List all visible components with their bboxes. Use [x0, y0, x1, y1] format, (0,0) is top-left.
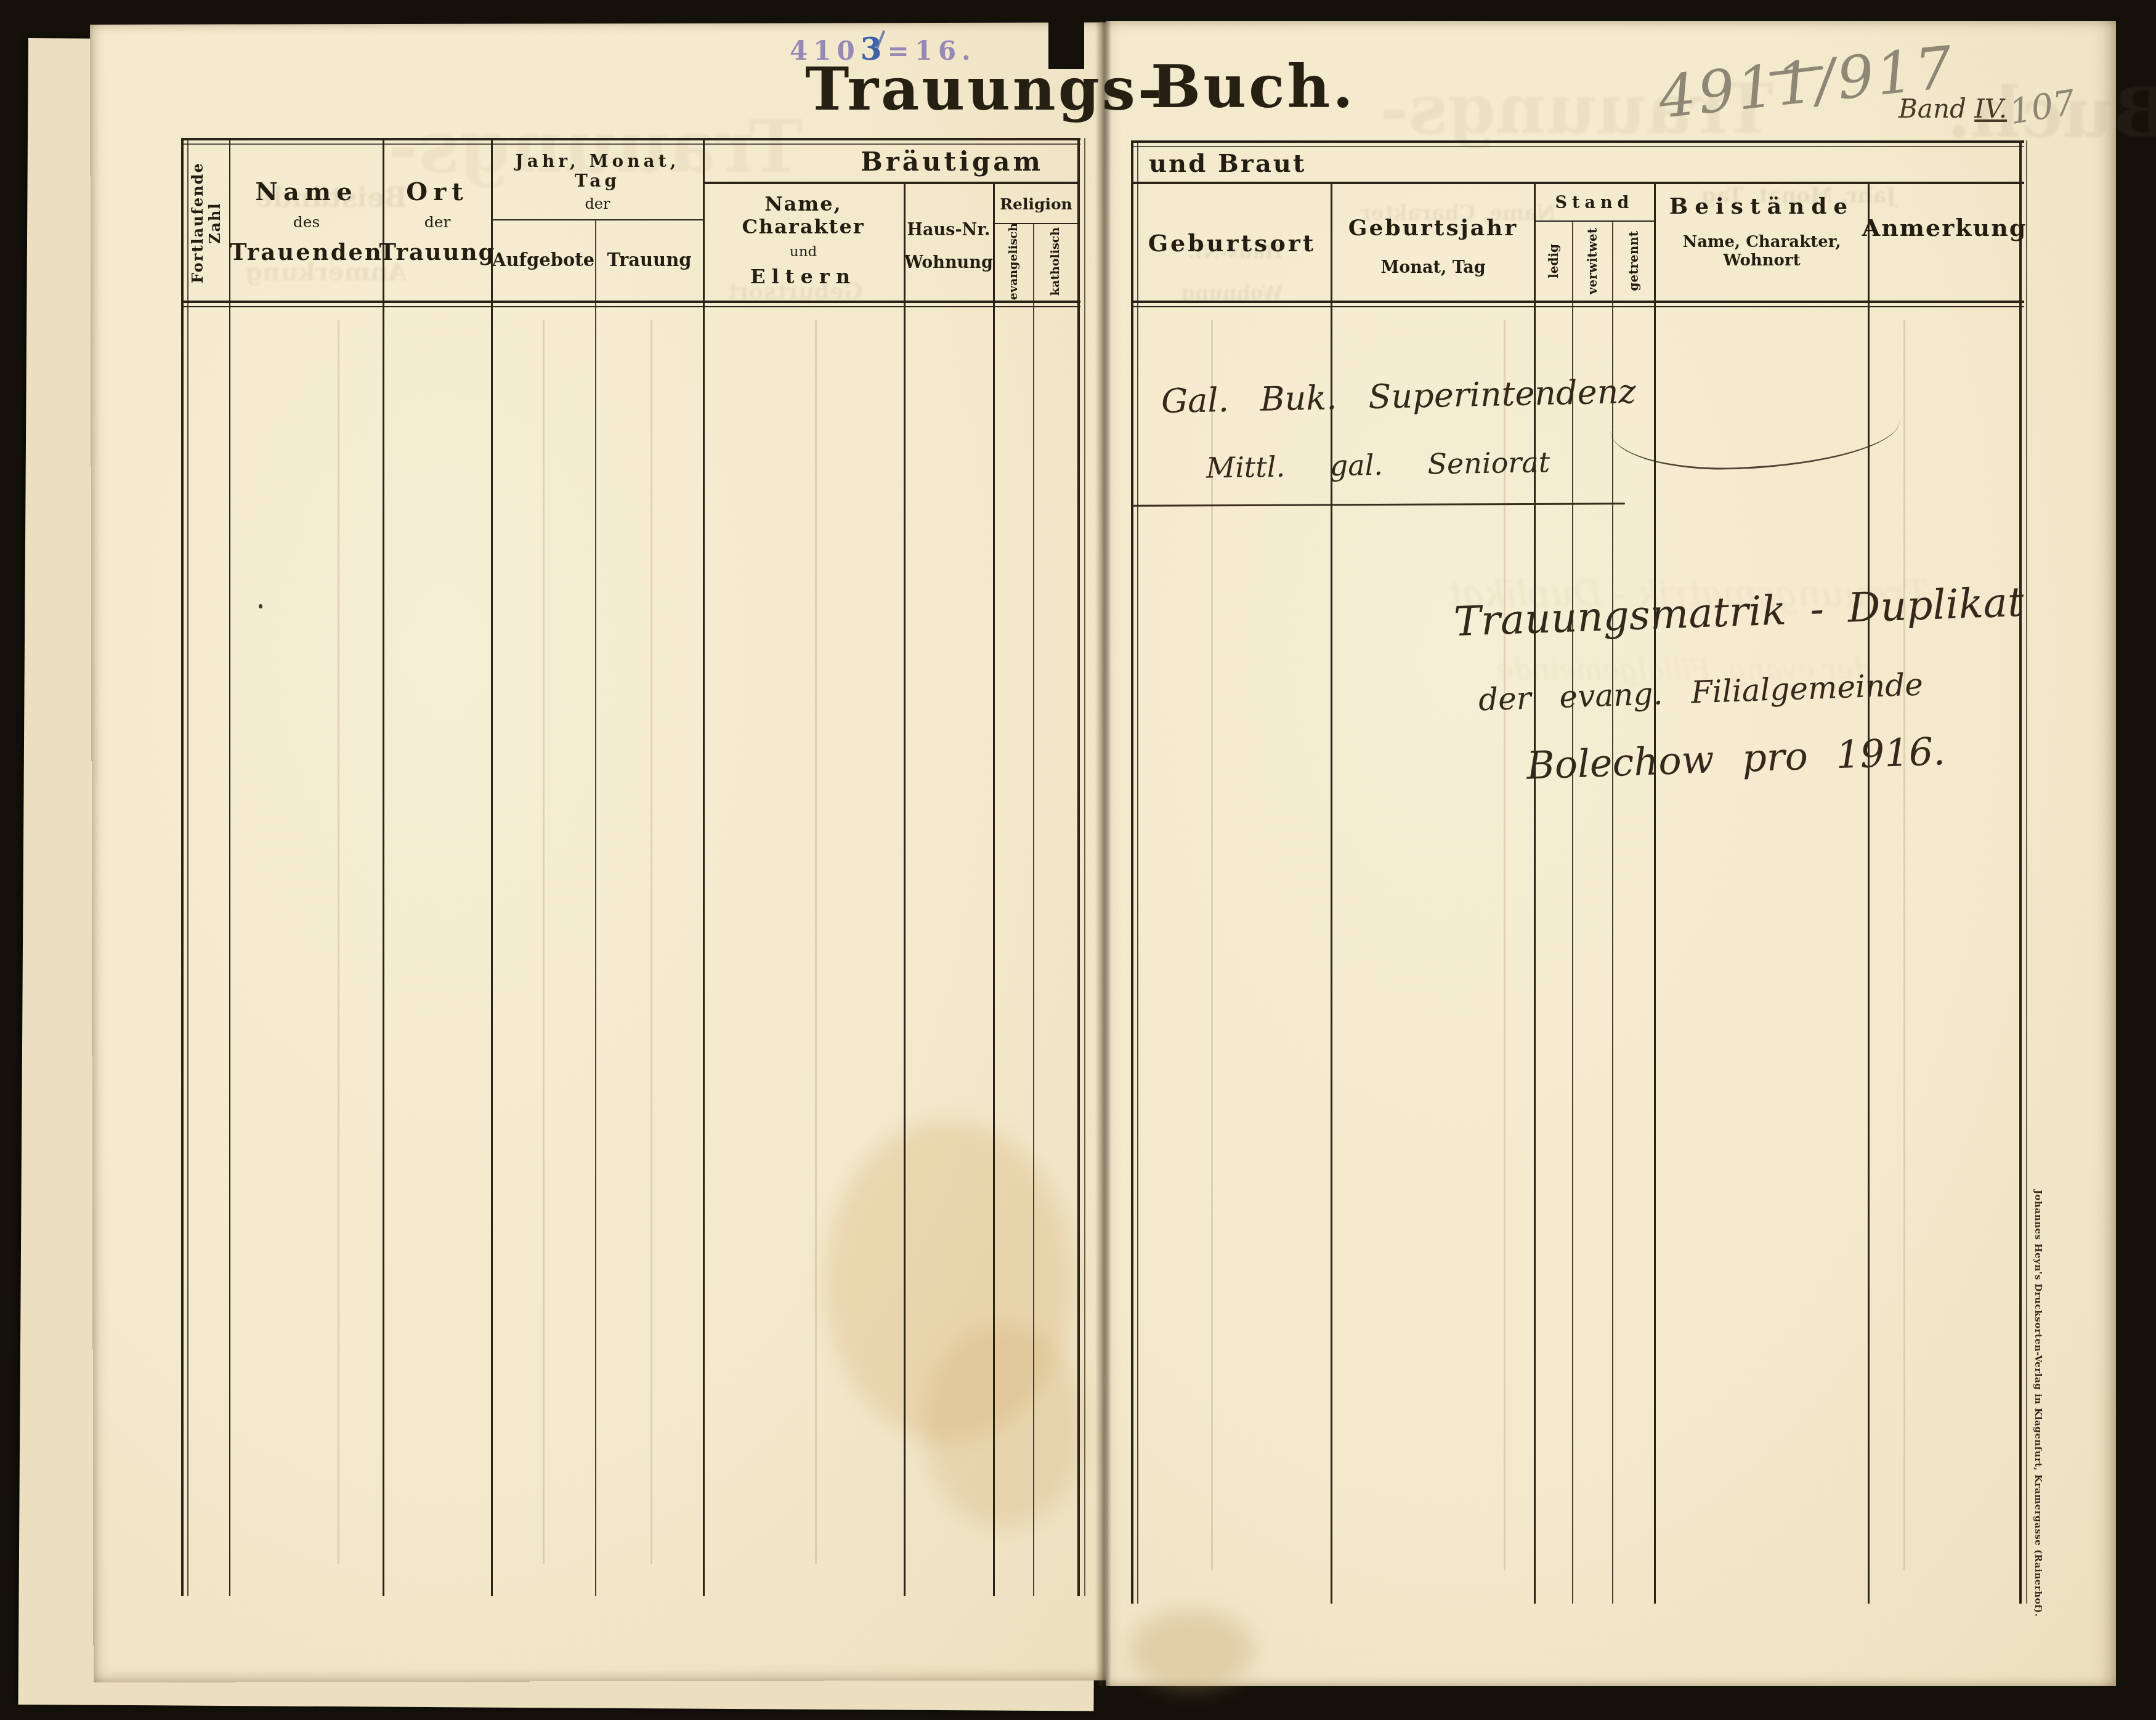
vline	[993, 182, 995, 1596]
header-line: der	[424, 214, 451, 232]
header-line: Beistände	[1669, 194, 1854, 219]
column-header-banns: Aufgebote	[492, 222, 594, 299]
fingerprint-smudge	[1130, 1610, 1254, 1690]
hline	[1132, 306, 2024, 307]
vline	[1137, 140, 1138, 1604]
hline	[703, 182, 1079, 184]
bride-banner-label: und Braut	[1149, 150, 1306, 178]
ghost-vline	[543, 320, 545, 1564]
scanned-register-photo: Trauungs- Beistände Anmerkung Geburtsort…	[0, 0, 2156, 1720]
vline	[229, 138, 230, 1596]
ink-dot	[259, 604, 262, 608]
header-line: katholisch	[1049, 227, 1063, 296]
column-header-remarks: Anmerkung	[1870, 191, 2019, 265]
vline	[1868, 184, 1870, 1604]
column-header-serial: Fortlaufende Zahl	[184, 148, 229, 298]
printer-imprint: Johannes Heyn's Drucksorten-Verlag in Kl…	[2033, 1190, 2044, 1584]
stamp-digits: =16.	[887, 36, 976, 66]
vline	[1084, 138, 1085, 1596]
header-line: Geburtsort	[1148, 230, 1316, 257]
header-line: Eltern	[750, 265, 856, 288]
header-line: Haus-Nr.	[907, 220, 991, 240]
header-line: Wohnung	[904, 253, 993, 272]
column-header-witnesses: Beistände Name, Charakter, Wohnort	[1656, 192, 1868, 272]
ghost-vline	[338, 320, 339, 1564]
column-header-widowed: verwitwet	[1573, 224, 1612, 298]
header-line: Monat, Tag	[1380, 258, 1485, 277]
header-line: Name	[255, 178, 357, 206]
header-line: Name, Charakter	[704, 193, 902, 238]
header-line: Ort	[406, 178, 468, 206]
header-line: Name, Charakter, Wohnort	[1656, 233, 1868, 270]
header-line: des	[293, 214, 320, 232]
hline	[1534, 220, 1654, 222]
header-line: verwitwet	[1586, 228, 1600, 294]
column-group-date: Jahr, Monat, Tag der	[492, 148, 703, 217]
groom-banner: Bräutigam	[704, 143, 1077, 180]
hline	[182, 306, 1080, 307]
vline	[2019, 140, 2022, 1604]
hline	[1132, 182, 2024, 184]
column-header-wedding-date: Trauung	[596, 222, 702, 299]
header-line: evangelisch	[1007, 223, 1021, 300]
bride-banner: und Braut	[1133, 146, 2023, 182]
ghost-vline	[1903, 320, 1905, 1570]
column-header-divorced: getrennt	[1613, 224, 1654, 298]
column-header-groom-name: Name, Charakter und Eltern	[704, 190, 902, 291]
stand-group-label: Stand	[1535, 188, 1654, 219]
hline	[182, 301, 1080, 303]
vline	[904, 182, 906, 1596]
vline	[1033, 223, 1034, 1596]
header-line: Religion	[1000, 196, 1072, 214]
column-header-evangelical: evangelisch	[994, 225, 1033, 298]
column-header-birthplace: Geburtsort	[1133, 191, 1331, 296]
vline	[187, 138, 188, 1596]
column-header-name: Name des Trauenden	[230, 166, 383, 277]
volume-numeral: IV.	[1974, 94, 2007, 124]
header-line: Jahr, Monat, Tag	[492, 151, 703, 191]
header-line: ledig	[1547, 244, 1561, 278]
header-line: getrennt	[1627, 231, 1641, 291]
header-line: Trauung	[607, 250, 691, 270]
vline	[2026, 140, 2027, 1604]
vline	[383, 138, 384, 1596]
ghost-vline	[1504, 320, 1506, 1570]
religion-group-label: Religion	[994, 188, 1078, 220]
header-line: der	[585, 196, 610, 213]
vline	[595, 219, 596, 1596]
vline	[703, 138, 705, 1596]
stamp-digits: 410	[790, 36, 861, 66]
header-line: und	[790, 244, 817, 260]
vline	[491, 138, 493, 1596]
volume-note-ink: Band IV.	[1899, 94, 2007, 124]
groom-banner-label: Bräutigam	[861, 147, 1044, 177]
header-line: Trauenden	[230, 239, 383, 265]
column-header-birthdate: Geburtsjahr Monat, Tag	[1332, 203, 1534, 289]
hline	[1132, 301, 2024, 303]
header-line: Anmerkung	[1862, 214, 2027, 241]
vline	[1654, 184, 1656, 1604]
hline	[491, 219, 703, 220]
ghost-vline	[815, 320, 817, 1564]
column-header-house: Haus-Nr. Wohnung	[905, 209, 992, 283]
vline	[1131, 140, 1133, 1604]
volume-word: Band	[1899, 94, 1966, 124]
ghost-vline	[650, 320, 652, 1564]
paper-stain	[924, 1324, 1084, 1527]
column-header-catholic: katholisch	[1034, 225, 1077, 298]
page-title-right: Buch.	[1151, 52, 1356, 121]
column-header-single: ledig	[1535, 224, 1572, 298]
book-gutter-shadow	[1095, 21, 1111, 1686]
handwriting-jurisdiction-line2: Mittl. gal. Seniorat	[1206, 445, 1550, 485]
column-header-serial-label: Fortlaufende Zahl	[189, 148, 223, 298]
ghost-vline	[1211, 320, 1213, 1570]
header-line: Geburtsjahr	[1348, 216, 1518, 241]
hline	[993, 223, 1079, 224]
vline	[181, 138, 184, 1596]
header-line: Trauung	[379, 239, 496, 265]
column-header-place: Ort der Trauung	[384, 166, 491, 277]
hline	[1132, 140, 2024, 143]
vline	[1077, 138, 1080, 1596]
hline	[182, 138, 1080, 140]
header-line: Stand	[1555, 193, 1634, 212]
stamp-pen-digit: 3	[861, 31, 888, 67]
header-line: Aufgebote	[492, 250, 594, 270]
vline	[1572, 222, 1573, 1604]
